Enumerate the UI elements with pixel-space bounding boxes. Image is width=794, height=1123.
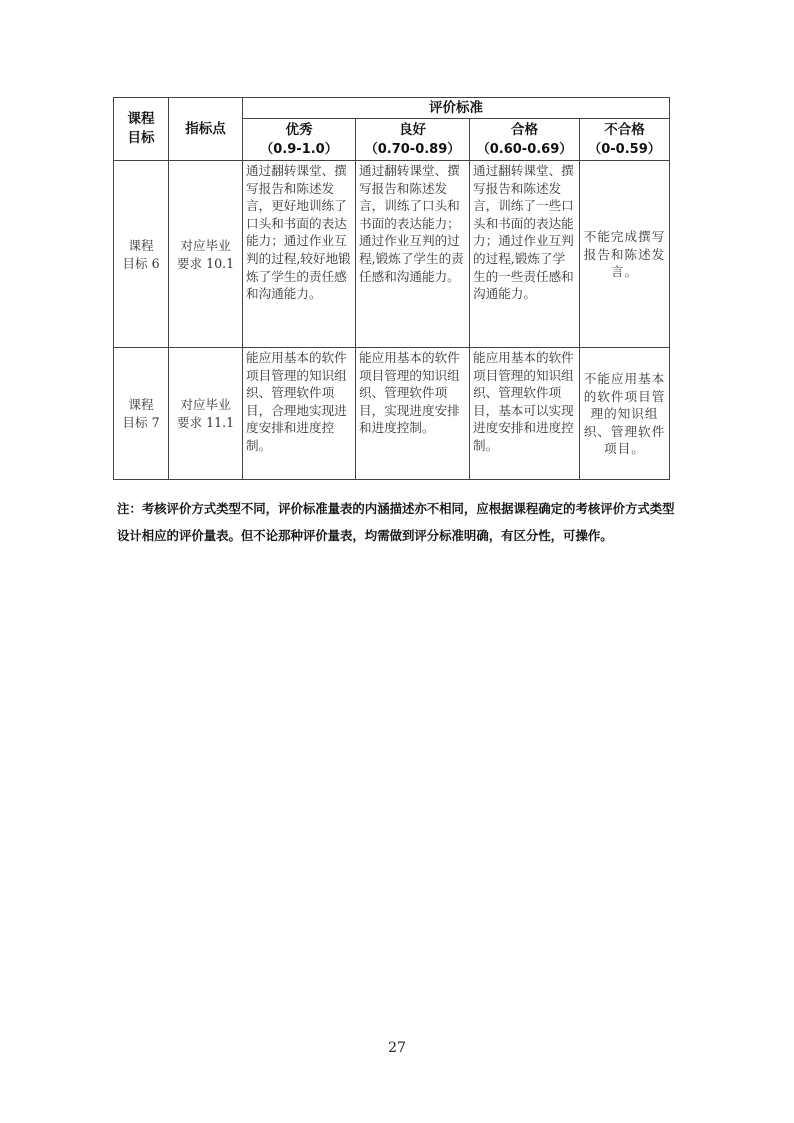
header-level-good: 良好 （0.70-0.89） — [356, 119, 470, 161]
level-range: （0.9-1.0） — [246, 140, 352, 159]
good-criteria-cell: 通过翻转课堂、撰写报告和陈述发言，训练了口头和书面的表达能力；通过作业互判的过程… — [356, 161, 470, 348]
header-course-goal-line1: 课程 — [117, 110, 165, 129]
course-goal-cell: 课程 目标 7 — [114, 348, 169, 480]
fail-criteria-cell: 不能完成撰写报告和陈述发言。 — [580, 161, 670, 348]
excellent-criteria-cell: 通过翻转课堂、撰写报告和陈述发言，更好地训练了口头和书面的表达能力；通过作业互判… — [243, 161, 356, 348]
goal-line: 目标 7 — [117, 414, 165, 432]
goal-line: 课程 — [117, 396, 165, 414]
indicator-line: 要求 11.1 — [172, 414, 239, 432]
header-course-goal-line2: 目标 — [117, 129, 165, 148]
pass-criteria-cell: 通过翻转课堂、撰写报告和陈述发言，训练了一些口头和书面的表达能力；通过作业互判的… — [470, 161, 580, 348]
level-range: （0.60-0.69） — [473, 140, 576, 159]
indicator-line: 对应毕业 — [172, 396, 239, 414]
header-criteria: 评价标准 — [243, 98, 670, 119]
header-indicator: 指标点 — [169, 98, 243, 161]
level-label: 优秀 — [246, 121, 352, 140]
goal-line: 课程 — [117, 237, 165, 255]
level-label: 合格 — [473, 121, 576, 140]
indicator-cell: 对应毕业 要求 11.1 — [169, 348, 243, 480]
header-level-pass: 合格 （0.60-0.69） — [470, 119, 580, 161]
good-criteria-cell: 能应用基本的软件项目管理的知识组织、管理软件项目，实现进度安排和进度控制。 — [356, 348, 470, 480]
header-level-fail: 不合格 （0-0.59） — [580, 119, 670, 161]
course-goal-cell: 课程 目标 6 — [114, 161, 169, 348]
header-course-goal: 课程 目标 — [114, 98, 169, 161]
indicator-cell: 对应毕业 要求 10.1 — [169, 161, 243, 348]
level-range: （0.70-0.89） — [359, 140, 466, 159]
level-range: （0-0.59） — [583, 140, 666, 159]
pass-criteria-cell: 能应用基本的软件项目管理的知识组织、管理软件项目，基本可以实现进度安排和进度控制… — [470, 348, 580, 480]
excellent-criteria-cell: 能应用基本的软件项目管理的知识组织、管理软件项目，合理地实现进度安排和进度控制。 — [243, 348, 356, 480]
page-number: 27 — [0, 1040, 794, 1056]
level-label: 良好 — [359, 121, 466, 140]
level-label: 不合格 — [583, 121, 666, 140]
header-level-excellent: 优秀 （0.9-1.0） — [243, 119, 356, 161]
goal-line: 目标 6 — [117, 255, 165, 273]
indicator-line: 要求 10.1 — [172, 255, 239, 273]
table-note: 注：考核评价方式类型不同，评价标准量表的内涵描述亦不相同，应根据课程确定的考核评… — [117, 495, 677, 549]
indicator-line: 对应毕业 — [172, 237, 239, 255]
table-row: 课程 目标 7 对应毕业 要求 11.1 能应用基本的软件项目管理的知识组织、管… — [114, 348, 670, 480]
fail-criteria-cell: 不能应用基本的软件项目管理的知识组织、管理软件项目。 — [580, 348, 670, 480]
table-row: 课程 目标 6 对应毕业 要求 10.1 通过翻转课堂、撰写报告和陈述发言，更好… — [114, 161, 670, 348]
evaluation-rubric-table: 课程 目标 指标点 评价标准 优秀 （0.9-1.0） 良好 （0.70-0.8… — [113, 97, 670, 480]
